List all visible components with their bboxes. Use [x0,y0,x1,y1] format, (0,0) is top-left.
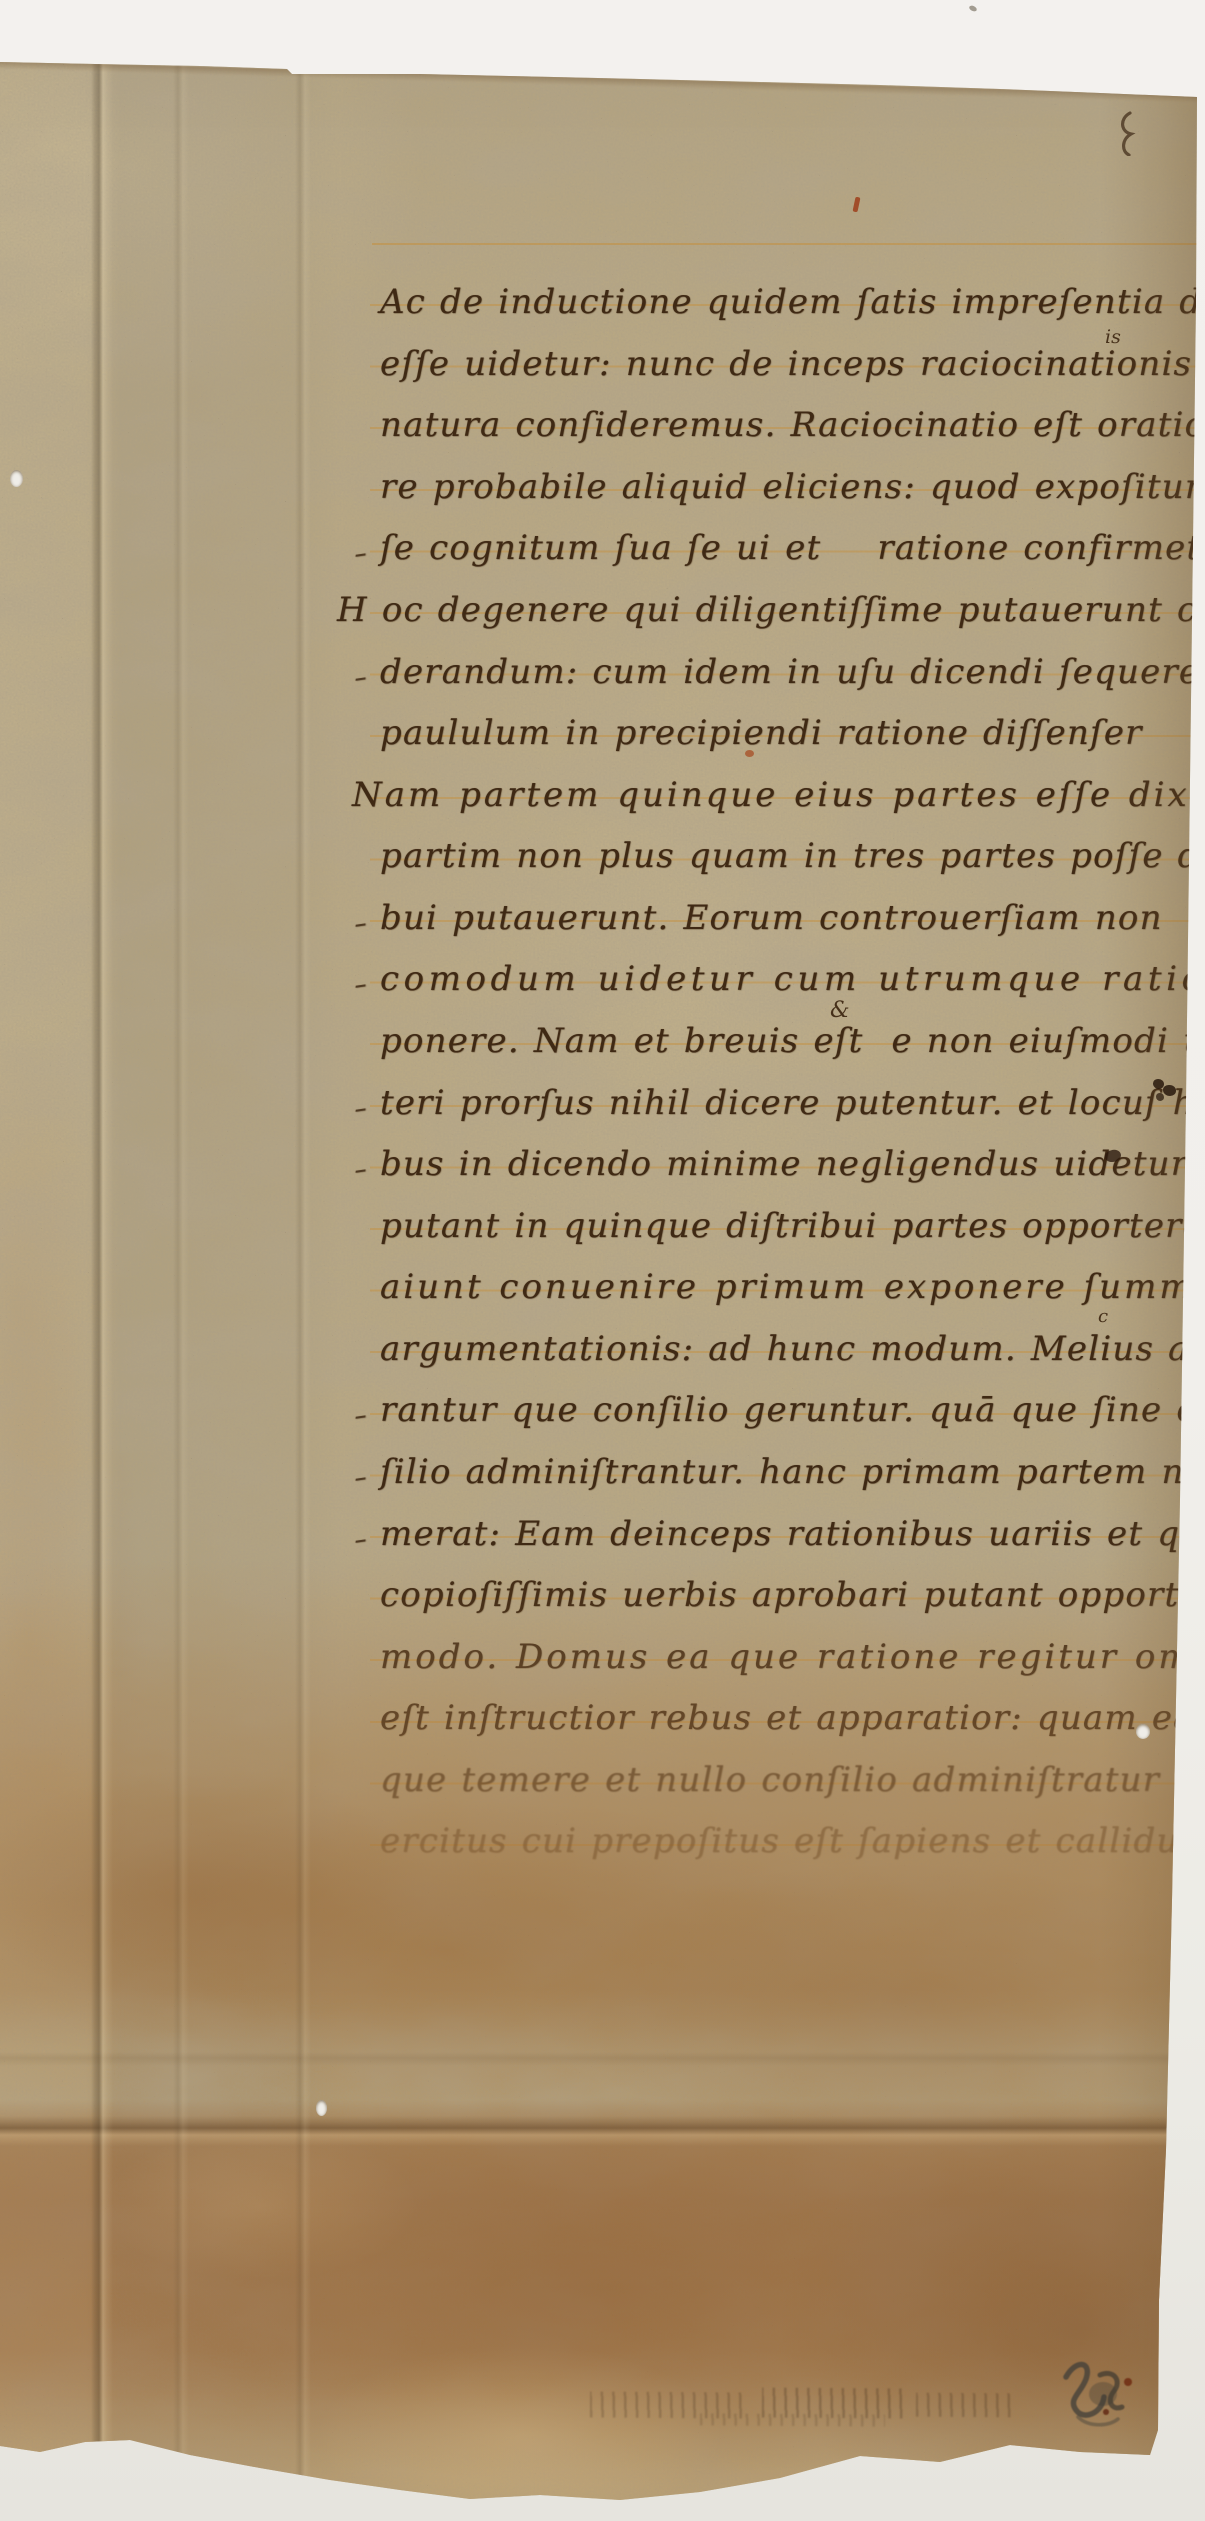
line-text: ſe cognitum ſua ſe ui et ratione confirm… [380,528,1201,568]
line-text: argumentationis: ad hunc modum. Melius a [380,1329,1190,1369]
line-text: aiunt conuenire primum exponere ſummam [380,1267,1205,1307]
binding-hole [1136,1724,1150,1739]
binding-hole [10,470,23,487]
line-text: ponere. Nam et breuis eſt e non eiuſmodi… [380,1021,1205,1061]
text-line: H oc degenere qui diligentiſſime putauer… [337,593,1205,627]
line-text: paululum in precipiendi ratione diſſenſe… [380,713,1143,753]
text-line: -merat: Eam deinceps rationibus uariis e… [380,1517,1205,1551]
margin-hyphen: - [352,1095,369,1123]
text-line: ponere. Nam et breuis eſt e non eiuſmodi… [380,1024,1205,1058]
margin-hyphen: - [352,1402,369,1430]
line-text: ercitus cui prepoſitus eſt ſapiens et ca… [380,1821,1198,1861]
line-text: Ac de inductione quidem ſatis impreſenti… [380,282,1205,322]
margin-hyphen: - [352,1526,369,1554]
text-line: putant in quinque diſtribui partes oppor… [380,1209,1204,1243]
line-text: eſſe uidetur: nunc de inceps raciocinati… [380,344,1205,384]
line-text: copioſiſſimis uerbis aprobari putant opp… [380,1575,1205,1615]
text-line: -derandum: cum idem in uſu dicendi ſeque… [380,655,1205,689]
line-text: derandum: cum idem in uſu dicendi ſequer… [380,652,1205,692]
line-text: re probabile aliquid eliciens: quod expo… [380,467,1205,507]
line-text: comodum uidetur cum utrumque ratione [380,959,1205,999]
text-line: -ſe cognitum ſua ſe ui et ratione confir… [380,531,1201,565]
line-text: teri prorſus nihil dicere putentur. et l… [380,1083,1205,1123]
line-text: rantur que conſilio geruntur. quā que ſi… [380,1390,1205,1430]
text-line: que temere et nullo conſilio adminiſtrat… [380,1763,1160,1797]
text-block: Ac de inductione quidem ſatis impreſenti… [0,0,1205,2521]
line-text: que temere et nullo conſilio adminiſtrat… [380,1760,1160,1800]
text-line: re probabile aliquid eliciens: quod expo… [380,470,1205,504]
line-text: putant in quinque diſtribui partes oppor… [380,1206,1204,1246]
text-line: eſt inſtructior rebus et apparatior: qua… [380,1701,1195,1735]
text-line: eſſe uidetur: nunc de inceps raciocinati… [380,347,1205,381]
pen-flourish [1114,110,1142,156]
text-line: natura conſideremus. Raciocinatio eſt or… [380,408,1205,442]
line-text: eſt inſtructior rebus et apparatior: qua… [380,1698,1195,1738]
line-text: bui putauerunt. Eorum controuerſiam non [380,898,1163,938]
text-line: -ſilio adminiſtrantur. hanc primam parte… [380,1455,1205,1489]
manuscript-scan: Ac de inductione quidem ſatis impreſenti… [0,0,1205,2521]
margin-hyphen: - [352,1156,369,1184]
ghost-text [928,2464,962,2479]
text-line: copioſiſſimis uerbis aprobari putant opp… [380,1578,1205,1612]
line-text: ſilio adminiſtrantur. hanc primam partem… [380,1452,1205,1492]
line-text: natura conſideremus. Raciocinatio eſt or… [380,405,1205,445]
text-line: aiunt conuenire primum exponere ſummam [380,1270,1205,1304]
text-line: argumentationis: ad hunc modum. Melius a [380,1332,1190,1366]
margin-hyphen: - [352,540,369,568]
text-line: -bus in dicendo minime negligendus uidet… [380,1147,1205,1181]
text-line: partim non plus quam in tres partes poſſ… [380,839,1205,873]
text-line: modo. Domus ea que ratione regitur omnib [380,1640,1205,1674]
ink-speck [745,750,754,757]
margin-hyphen: - [352,1464,369,1492]
superscript-mark: & [830,998,850,1023]
background-speck [968,5,977,13]
text-line: -comodum uidetur cum utrumque ratione [380,962,1205,996]
line-text: modo. Domus ea que ratione regitur omnib [380,1637,1205,1677]
line-text: bus in dicendo minime negligendus uidetu… [380,1144,1205,1184]
text-line: -bui putauerunt. Eorum controuerſiam non [380,901,1163,935]
ink-scribble [1050,2350,1142,2442]
text-line: ercitus cui prepoſitus eſt ſapiens et ca… [380,1824,1198,1858]
line-text: Nam partem quinque eius partes eſſe dixe… [352,775,1205,815]
text-line: Nam partem quinque eius partes eſſe dixe… [352,778,1205,812]
superscript-mark: c [1098,1306,1108,1327]
margin-hyphen: - [352,664,369,692]
ghost-text [916,2393,1012,2418]
margin-hyphen: - [352,971,369,999]
superscript-mark: is [1105,326,1121,348]
ink-blot [1163,1085,1176,1096]
text-line: paululum in precipiendi ratione diſſenſe… [380,716,1143,750]
line-text: H oc degenere qui diligentiſſime putauer… [337,590,1205,630]
binding-hole [316,2100,327,2116]
ghost-text [700,2413,885,2426]
margin-hyphen: - [352,910,369,938]
line-text: merat: Eam deinceps rationibus uariis et… [380,1514,1205,1554]
text-line: -teri prorſus nihil dicere putentur. et … [380,1086,1205,1120]
text-line: Ac de inductione quidem ſatis impreſenti… [380,285,1205,319]
parchment-leaf: Ac de inductione quidem ſatis impreſenti… [0,0,1205,2521]
line-text: partim non plus quam in tres partes poſſ… [380,836,1205,876]
ink-blot [1156,1093,1164,1101]
text-line: -rantur que conſilio geruntur. quā que ſ… [380,1393,1205,1427]
